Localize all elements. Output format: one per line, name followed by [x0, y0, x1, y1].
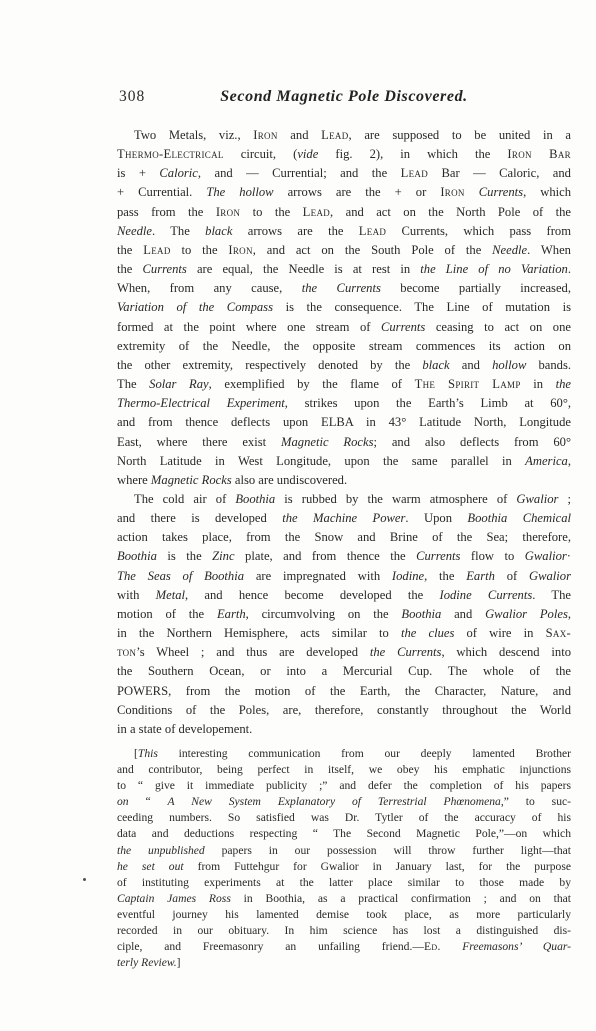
text-segment: North Latitude in West Longitude, upon t…: [117, 454, 525, 468]
text-segment: Ed: [424, 940, 437, 953]
text-segment: is the consequence. The Line of mutation…: [273, 300, 571, 314]
text-segment: interesting communication from our deepl…: [158, 747, 571, 760]
text-line: he set out from Futtehgur for Gwalior in…: [117, 859, 571, 875]
text-segment: and contributor, being perfect in itself…: [117, 763, 571, 776]
text-line: Conditions of the Poles, are, therefore,…: [117, 701, 571, 720]
text-segment: where: [117, 473, 151, 487]
text-segment: Gwalior: [516, 492, 558, 506]
text-line: with Metal, and hence become developed t…: [117, 586, 571, 605]
text-segment: recorded in our obituary. In him science…: [117, 924, 571, 937]
text-segment: POWERS, from the motion of the Earth, th…: [117, 684, 571, 698]
text-segment: Boothia Chemical: [467, 511, 571, 525]
text-segment: Variation of the Compass: [117, 300, 273, 314]
text-segment: Iron: [216, 205, 240, 219]
text-segment: , which descend into: [441, 645, 571, 659]
text-line: eventful journey his lamented demise too…: [117, 907, 571, 923]
text-segment: ’s Wheel ; and thus are developed: [136, 645, 370, 659]
text-segment: .: [568, 262, 571, 276]
text-segment: Sax-: [546, 626, 571, 640]
text-segment: ,: [568, 607, 571, 621]
text-segment: The Spirit Lamp: [415, 377, 521, 391]
text-segment: Boothia: [235, 492, 275, 506]
text-segment: Lead: [401, 166, 428, 180]
text-segment: . Upon: [405, 511, 467, 525]
text-segment: , circumvolving on the: [246, 607, 402, 621]
text-segment: the Machine Power: [282, 511, 405, 525]
text-segment: The hollow: [206, 185, 273, 199]
text-line: is + Caloric, and — Currential; and the …: [117, 164, 571, 183]
text-segment: on: [117, 795, 129, 808]
text-segment: of instituting experiments at the latter…: [117, 876, 571, 889]
text-segment: Iodine Currents: [440, 588, 533, 602]
text-segment: also are undiscovered.: [232, 473, 347, 487]
text-line: motion of the Earth, circumvolving on th…: [117, 605, 571, 624]
text-segment: formed at the point where one stream of: [117, 320, 381, 334]
text-segment: eventful journey his lamented demise too…: [117, 908, 571, 921]
text-line: to “ give it immediate publicity ;” and …: [117, 778, 571, 794]
text-segment: ,: [568, 454, 571, 468]
text-line: North Latitude in West Longitude, upon t…: [117, 452, 571, 471]
text-segment: is +: [117, 166, 159, 180]
text-segment: ceasing to act on one: [425, 320, 571, 334]
text-segment: [465, 185, 479, 199]
text-segment: , and hence become developed the: [185, 588, 439, 602]
text-segment: , which: [523, 185, 571, 199]
text-segment: , and — Currential; and the: [198, 166, 401, 180]
text-segment: of: [495, 569, 529, 583]
text-segment: black: [205, 224, 232, 238]
text-segment: Currents, which pass from: [386, 224, 571, 238]
text-segment: , and act on the South Pole of the: [253, 243, 492, 257]
text-segment: with: [117, 588, 156, 602]
text-line: Boothia is the Zinc plate, and from then…: [117, 547, 571, 566]
text-segment: , are supposed to be united in a: [349, 128, 571, 142]
text-segment: Lead: [303, 205, 330, 219]
text-segment: in a state of developement.: [117, 722, 252, 736]
text-segment: ton: [117, 645, 136, 659]
text-segment: the Line of no Variation: [420, 262, 568, 276]
text-segment: to “ give it immediate publicity ;” and …: [117, 779, 571, 792]
text-line: The cold air of Boothia is rubbed by the…: [117, 490, 571, 509]
text-segment: data and deductions respecting “ The Sec…: [117, 827, 571, 840]
text-segment: he set out: [117, 860, 184, 873]
text-segment: Two Metals, viz.,: [134, 128, 253, 142]
text-segment: Conditions of the Poles, are, therefore,…: [117, 703, 571, 717]
text-line: Variation of the Compass is the conseque…: [117, 298, 571, 317]
text-segment: the Currents: [302, 281, 381, 295]
text-segment: the Southern Ocean, or into a Mercurial …: [117, 664, 571, 678]
text-segment: ·: [567, 549, 571, 563]
text-segment: + Currential.: [117, 185, 206, 199]
text-line: [This interesting communication from our…: [117, 746, 571, 762]
text-segment: Gwalior: [525, 549, 567, 563]
text-line: pass from the Iron to the Lead, and act …: [117, 203, 571, 222]
text-segment: Earth: [466, 569, 495, 583]
text-segment: Boothia: [117, 549, 157, 563]
text-segment: and: [441, 607, 485, 621]
text-line: the Currents are equal, the Needle is at…: [117, 260, 571, 279]
text-segment: to the: [240, 205, 302, 219]
text-segment: action takes place, from the Snow and Br…: [117, 530, 571, 544]
text-segment: in the Northern Hemisphere, acts similar…: [117, 626, 401, 640]
text-segment: the: [117, 243, 143, 257]
text-line: and contributor, being perfect in itself…: [117, 762, 571, 778]
text-line: The Seas of Boothia are impregnated with…: [117, 567, 571, 586]
text-segment: and: [278, 128, 321, 142]
paragraph-boothia-gwalior: The cold air of Boothia is rubbed by the…: [117, 490, 571, 739]
text-segment: Iron: [228, 243, 252, 257]
text-segment: A New System Explanatory of Terrestrial …: [168, 795, 501, 808]
text-segment: black: [422, 358, 449, 372]
text-segment: circuit, (: [224, 147, 298, 161]
text-segment: East, where there exist: [117, 435, 281, 449]
text-line: extremity of the Needle, the opposite st…: [117, 337, 571, 356]
text-line: Captain James Ross in Boothia, as a prac…: [117, 891, 571, 907]
text-column: 308 Second Magnetic Pole Discovered. Two…: [117, 88, 571, 971]
text-segment: in: [521, 377, 556, 391]
text-segment: motion of the: [117, 607, 217, 621]
text-segment: is the: [157, 549, 212, 563]
text-segment: Captain James Ross: [117, 892, 231, 905]
text-segment: the: [117, 262, 143, 276]
text-segment: Gwalior: [529, 569, 571, 583]
text-segment: and: [450, 358, 492, 372]
text-segment: . The: [532, 588, 571, 602]
text-segment: bands.: [526, 358, 571, 372]
text-segment: to the: [171, 243, 229, 257]
text-line: and there is developed the Machine Power…: [117, 509, 571, 528]
text-segment: The Seas of Boothia: [117, 569, 244, 583]
text-line: in a state of developement.: [117, 720, 571, 739]
text-line: POWERS, from the motion of the Earth, th…: [117, 682, 571, 701]
text-segment: Currents: [143, 262, 187, 276]
text-segment: become partially increased,: [381, 281, 571, 295]
text-line: of instituting experiments at the latter…: [117, 875, 571, 891]
text-segment: America: [525, 454, 568, 468]
scanned-page: 308 Second Magnetic Pole Discovered. Two…: [0, 0, 596, 1031]
text-segment: This: [138, 747, 158, 760]
text-line: the other extremity, respectively denote…: [117, 356, 571, 375]
text-line: Needle. The black arrows are the Lead Cu…: [117, 222, 571, 241]
text-line: data and deductions respecting “ The Sec…: [117, 826, 571, 842]
text-segment: Iron Bar: [507, 147, 571, 161]
text-line: + Currential. The hollow arrows are the …: [117, 183, 571, 202]
text-segment: of wire in: [454, 626, 545, 640]
text-line: formed at the point where one stream of …: [117, 318, 571, 337]
text-segment: ceeding numbers. So satisfied was Dr. Ty…: [117, 811, 571, 824]
text-segment: , exemplified by the flame of: [209, 377, 415, 391]
text-line: the unpublished papers in our possession…: [117, 843, 571, 859]
text-segment: the: [556, 377, 571, 391]
text-line: in the Northern Hemisphere, acts similar…: [117, 624, 571, 643]
text-segment: ciple, and Freemasonry an unfailing frie…: [117, 940, 424, 953]
text-segment: plate, and from thence the: [235, 549, 417, 563]
text-segment: vide: [297, 147, 318, 161]
text-line: recorded in our obituary. In him science…: [117, 923, 571, 939]
text-segment: Needle: [117, 224, 152, 238]
text-segment: are equal, the Needle is at rest in: [187, 262, 420, 276]
text-segment: Caloric: [159, 166, 197, 180]
text-segment: Gwalior Poles: [485, 607, 568, 621]
text-segment: Magnetic Rocks: [151, 473, 232, 487]
text-line: on “ A New System Explanatory of Terrest…: [117, 794, 571, 810]
text-segment: Iron: [440, 185, 464, 199]
text-segment: hollow: [492, 358, 526, 372]
text-segment: Solar Ray: [149, 377, 208, 391]
text-segment: The cold air of: [134, 492, 235, 506]
page-title: Second Magnetic Pole Discovered.: [117, 88, 571, 106]
text-segment: “: [129, 795, 168, 808]
text-segment: the unpublished: [117, 844, 205, 857]
text-segment: Bar — Caloric, and: [428, 166, 571, 180]
text-segment: the Currents: [370, 645, 442, 659]
text-line: the Southern Ocean, or into a Mercurial …: [117, 662, 571, 681]
paragraph-thermo-electrical: Two Metals, viz., Iron and Lead, are sup…: [117, 126, 571, 490]
text-segment: Iron: [253, 128, 277, 142]
text-line: and from thence deflects upon ELBA in 43…: [117, 413, 571, 432]
text-segment: Lead: [321, 128, 348, 142]
running-header: 308 Second Magnetic Pole Discovered.: [117, 88, 571, 112]
text-segment: and there is developed: [117, 511, 282, 525]
text-segment: ,” to suc-: [501, 795, 571, 808]
text-segment: Currents: [416, 549, 460, 563]
text-segment: .: [437, 940, 462, 953]
text-segment: the other extremity, respectively denote…: [117, 358, 422, 372]
text-segment: Lead: [359, 224, 386, 238]
text-line: ton’s Wheel ; and thus are developed the…: [117, 643, 571, 662]
text-line: The Solar Ray, exemplified by the flame …: [117, 375, 571, 394]
text-segment: , the: [424, 569, 466, 583]
text-segment: Lead: [143, 243, 170, 257]
text-line: Thermo-Electrical circuit, (vide fig. 2)…: [117, 145, 571, 164]
text-segment: . The: [152, 224, 205, 238]
text-segment: When, from any cause,: [117, 281, 302, 295]
text-segment: Thermo-Electrical: [117, 147, 224, 161]
text-segment: arrows are the + or: [274, 185, 441, 199]
text-segment: arrows are the: [232, 224, 358, 238]
text-segment: Earth: [217, 607, 246, 621]
text-segment: the clues: [401, 626, 454, 640]
text-segment: pass from the: [117, 205, 216, 219]
text-segment: Metal: [156, 588, 185, 602]
paragraph-editor-note: [This interesting communication from our…: [117, 746, 571, 971]
text-segment: Freemasons’ Quar-: [462, 940, 571, 953]
text-segment: Needle: [492, 243, 527, 257]
text-segment: and from thence deflects upon ELBA in 43…: [117, 415, 571, 429]
text-line: Two Metals, viz., Iron and Lead, are sup…: [117, 126, 571, 145]
text-segment: Boothia: [401, 607, 441, 621]
text-segment: from Futtehgur for Gwalior in January la…: [184, 860, 571, 873]
text-line: ceeding numbers. So satisfied was Dr. Ty…: [117, 810, 571, 826]
text-line: East, where there exist Magnetic Rocks; …: [117, 433, 571, 452]
text-segment: are impregnated with: [244, 569, 392, 583]
text-body: Two Metals, viz., Iron and Lead, are sup…: [117, 126, 571, 971]
text-line: ciple, and Freemasonry an unfailing frie…: [117, 939, 571, 955]
text-segment: flow to: [460, 549, 524, 563]
text-segment: ;: [558, 492, 571, 506]
text-segment: is rubbed by the warm atmosphere of: [275, 492, 516, 506]
text-line: When, from any cause, the Currents becom…: [117, 279, 571, 298]
text-segment: Magnetic Rocks: [281, 435, 374, 449]
text-segment: Zinc: [212, 549, 234, 563]
text-line: terly Review.]: [117, 955, 571, 971]
text-line: action takes place, from the Snow and Br…: [117, 528, 571, 547]
scan-speck: [83, 878, 86, 881]
text-segment: , and act on the North Pole of the: [330, 205, 571, 219]
text-segment: terly Review.: [117, 956, 177, 969]
text-segment: Thermo-Electrical Experiment: [117, 396, 285, 410]
text-segment: , strikes upon the Earth’s Limb at 60°,: [285, 396, 571, 410]
text-segment: The: [117, 377, 149, 391]
text-segment: fig. 2), in which the: [318, 147, 507, 161]
text-segment: papers in our possession will throw furt…: [205, 844, 571, 857]
text-segment: extremity of the Needle, the opposite st…: [117, 339, 571, 353]
text-segment: in Boothia, as a practical confirmation …: [231, 892, 571, 905]
text-line: where Magnetic Rocks also are undiscover…: [117, 471, 571, 490]
text-segment: Currents: [381, 320, 425, 334]
text-line: the Lead to the Iron, and act on the Sou…: [117, 241, 571, 260]
text-segment: ]: [177, 956, 181, 969]
text-segment: Iodine: [392, 569, 424, 583]
text-line: Thermo-Electrical Experiment, strikes up…: [117, 394, 571, 413]
text-segment: ; and also deflects from 60°: [373, 435, 571, 449]
text-segment: . When: [527, 243, 571, 257]
text-segment: Currents: [479, 185, 523, 199]
